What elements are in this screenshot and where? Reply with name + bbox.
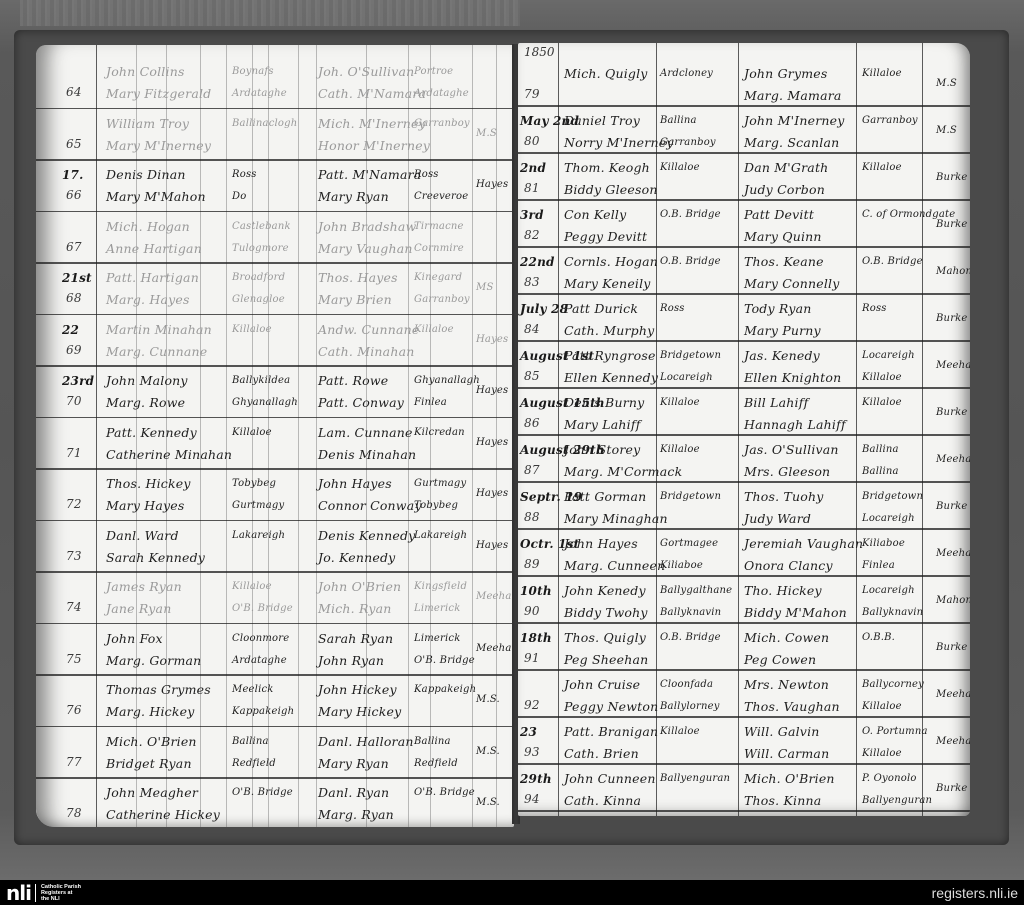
entry-number: 77 bbox=[66, 751, 82, 773]
residence: Killaloe bbox=[660, 157, 700, 179]
entry-date: 18th bbox=[520, 627, 552, 649]
register-entry: 10th90John KenedyBiddy TwohyBallygalthan… bbox=[518, 578, 970, 625]
groom-name: Denis Burny bbox=[564, 392, 644, 414]
groom-name: James Ryan bbox=[106, 576, 182, 598]
priest-name: Meehan bbox=[936, 449, 970, 471]
witness-residence: Killaloe bbox=[862, 743, 902, 765]
groom-name: William Troy bbox=[106, 113, 189, 135]
witness-residence: Garranboy bbox=[414, 289, 470, 311]
left-page: 64John CollinsMary FitzgeraldBoynafsArda… bbox=[36, 45, 514, 827]
witness-name: Cath. Minahan bbox=[318, 341, 415, 363]
bride-name: Mary Lahiff bbox=[564, 414, 641, 436]
entry-number: 87 bbox=[524, 459, 540, 481]
witness-name: Mary Hickey bbox=[318, 701, 401, 723]
entry-divider bbox=[518, 575, 970, 577]
entry-divider bbox=[518, 716, 970, 718]
bride-name: Marg. Hayes bbox=[106, 289, 190, 311]
residence: Bridgetown bbox=[660, 345, 721, 367]
groom-name: Thos. Hickey bbox=[106, 473, 191, 495]
bride-name: Mary Hayes bbox=[106, 495, 185, 517]
witness-residence: O.B. Bridge bbox=[862, 251, 923, 273]
entry-date: 21st bbox=[62, 267, 92, 289]
witness-name: Mrs. Gleeson bbox=[744, 461, 830, 483]
witness-residence: Ballina bbox=[414, 731, 451, 753]
witness-name: Thos. Tuohy bbox=[744, 486, 824, 508]
witness-name: Mary Connelly bbox=[744, 273, 840, 295]
entry-number: 68 bbox=[66, 287, 82, 309]
entry-number: 67 bbox=[66, 236, 82, 258]
witness-residence: Limerick bbox=[414, 598, 460, 620]
witness-name: Mary Ryan bbox=[318, 186, 389, 208]
witness-name: John O'Brien bbox=[318, 576, 401, 598]
bride-name: Jane Ryan bbox=[106, 598, 171, 620]
residence: Ballyenguran bbox=[660, 768, 730, 790]
entry-number: 90 bbox=[524, 600, 540, 622]
register-entry: 3rd82Con KellyPeggy DevittO.B. BridgePat… bbox=[518, 202, 970, 249]
entry-number: 73 bbox=[66, 545, 82, 567]
witness-name: Jas. Kenedy bbox=[744, 345, 820, 367]
priest-name: Hayes bbox=[476, 483, 508, 505]
desk-background bbox=[20, 0, 520, 26]
groom-name: Thos. Quigly bbox=[564, 627, 646, 649]
witness-name: Marg. Mamara bbox=[744, 85, 842, 107]
bride-name: Sarah Kennedy bbox=[106, 547, 205, 569]
witness-name: John Hayes bbox=[318, 473, 392, 495]
register-entry: July 2884Patt DurickCath. MurphyRossTody… bbox=[518, 296, 970, 343]
entry-number: 84 bbox=[524, 318, 540, 340]
entry-number: 76 bbox=[66, 699, 82, 721]
witness-name: John Hickey bbox=[318, 679, 397, 701]
witness-name: Patt. M'Namara bbox=[318, 164, 421, 186]
register-entry: 71Patt. KennedyCatherine MinahanKillaloe… bbox=[36, 420, 514, 472]
residence: Castlebank bbox=[232, 216, 291, 238]
entry-number: 74 bbox=[66, 596, 82, 618]
witness-residence: O.B.B. bbox=[862, 627, 895, 649]
witness-name: Tho. Hickey bbox=[744, 580, 822, 602]
bride-name: Marg. Cunneen bbox=[564, 555, 665, 577]
bride-name: Marg. Gorman bbox=[106, 650, 201, 672]
groom-name: Thomas Grymes bbox=[106, 679, 211, 701]
residence: Ballina bbox=[232, 731, 269, 753]
register-entry: 75John FoxMarg. GormanCloonmoreArdataghe… bbox=[36, 626, 514, 678]
priest-name: Burke bbox=[936, 637, 968, 659]
bride-name: Catherine Minahan bbox=[106, 444, 232, 466]
bride-name: Mary Fitzgerald bbox=[106, 83, 211, 105]
register-entry: 17.66Denis DinanMary M'MahonRossDoPatt. … bbox=[36, 162, 514, 214]
witness-residence: Garranboy bbox=[862, 110, 918, 132]
residence: Ross bbox=[232, 164, 257, 186]
witness-residence: Kilcredan bbox=[414, 422, 465, 444]
witness-name: Mich. O'Brien bbox=[744, 768, 835, 790]
witness-name: Marg. Ryan bbox=[318, 804, 394, 826]
entry-divider bbox=[518, 528, 970, 530]
entry-divider bbox=[36, 417, 514, 419]
witness-residence: Lakareigh bbox=[414, 525, 467, 547]
register-entry: May 2nd80Daniel TroyNorry M'InerneyBalli… bbox=[518, 108, 970, 155]
witness-name: Connor Conway bbox=[318, 495, 422, 517]
groom-name: John Collins bbox=[106, 61, 185, 83]
nli-logo-mark: nli bbox=[6, 883, 31, 903]
residence: O.B. Bridge bbox=[660, 251, 721, 273]
register-entry: 76Thomas GrymesMarg. HickeyMeelickKappak… bbox=[36, 677, 514, 729]
witness-residence: Ballyenguran bbox=[862, 790, 932, 812]
witness-residence: Locareigh bbox=[862, 345, 915, 367]
witness-name: Thos. Hayes bbox=[318, 267, 398, 289]
register-entry: August 15th86Denis BurnyMary LahiffKilla… bbox=[518, 390, 970, 437]
residence: Ghyanallagh bbox=[232, 392, 298, 414]
priest-name: Hayes bbox=[476, 432, 508, 454]
entry-divider bbox=[518, 669, 970, 671]
register-entry: 23rd70John MalonyMarg. RoweBallykildeaGh… bbox=[36, 368, 514, 420]
priest-name: Burke bbox=[936, 778, 968, 800]
entry-number: 85 bbox=[524, 365, 540, 387]
residence: Bridgetown bbox=[660, 486, 721, 508]
entry-divider bbox=[36, 365, 514, 367]
bride-name: Biddy Gleeson bbox=[564, 179, 658, 201]
witness-name: Honor M'Inerney bbox=[318, 135, 430, 157]
nli-logo[interactable]: nli Catholic Parish Registers at the NLI bbox=[6, 883, 81, 903]
witness-name: Mich. Cowen bbox=[744, 627, 829, 649]
footer-bar: nli Catholic Parish Registers at the NLI… bbox=[0, 880, 1024, 905]
bride-name: Mary Keneily bbox=[564, 273, 651, 295]
witness-residence: Ardataghe bbox=[414, 83, 469, 105]
residence: Gortmagee bbox=[660, 533, 718, 555]
witness-residence: Tirmacne bbox=[414, 216, 464, 238]
groom-name: Patt. Branigan bbox=[564, 721, 658, 743]
priest-name: Burke bbox=[936, 402, 968, 424]
register-entry: 67Mich. HoganAnne HartiganCastlebankTulo… bbox=[36, 214, 514, 266]
residence: Ballylorney bbox=[660, 696, 720, 718]
bride-name: Biddy Twohy bbox=[564, 602, 648, 624]
entry-divider bbox=[518, 387, 970, 389]
witness-name: Patt Devitt bbox=[744, 204, 814, 226]
priest-name: Meehan bbox=[476, 586, 514, 608]
residence: Killaloe bbox=[660, 392, 700, 414]
groom-name: Mich. O'Brien bbox=[106, 731, 197, 753]
witness-name: Will. Galvin bbox=[744, 721, 820, 743]
entry-date: 22 bbox=[62, 319, 79, 341]
residence: Ballinaclogh bbox=[232, 113, 297, 135]
groom-name: Danl. Ward bbox=[106, 525, 179, 547]
priest-name: Mahon bbox=[936, 261, 970, 283]
entry-date: 2nd bbox=[520, 157, 546, 179]
entry-number: 86 bbox=[524, 412, 540, 434]
entry-divider bbox=[518, 622, 970, 624]
witness-name: Thos. Keane bbox=[744, 251, 824, 273]
register-entry: 22nd83Cornls. HoganMary KeneilyO.B. Brid… bbox=[518, 249, 970, 296]
entry-number: 78 bbox=[66, 802, 82, 824]
witness-name: Danl. Ryan bbox=[318, 782, 389, 804]
entry-divider bbox=[36, 468, 514, 470]
groom-name: John Fox bbox=[106, 628, 163, 650]
entry-number: 66 bbox=[66, 184, 82, 206]
witness-residence: Locareigh bbox=[862, 508, 915, 530]
entry-divider bbox=[518, 293, 970, 295]
witness-name: Tody Ryan bbox=[744, 298, 812, 320]
bride-name: Ellen Kennedy bbox=[564, 367, 658, 389]
priest-name: Burke bbox=[936, 496, 968, 518]
residence: Do bbox=[232, 186, 246, 208]
register-entry: 74James RyanJane RyanKillaloeO'B. Bridge… bbox=[36, 574, 514, 626]
witness-residence: Kingsfield bbox=[414, 576, 467, 598]
witness-name: Danl. Halloran bbox=[318, 731, 414, 753]
witness-name: Mrs. Newton bbox=[744, 674, 829, 696]
witness-residence: Ghyanallagh bbox=[414, 370, 480, 392]
entry-date: 29th bbox=[520, 768, 552, 790]
bride-name: Anne Hartigan bbox=[106, 238, 202, 260]
residence: Meelick bbox=[232, 679, 274, 701]
witness-residence: Creeveroe bbox=[414, 186, 468, 208]
site-link[interactable]: registers.nli.ie bbox=[932, 885, 1018, 901]
residence: Ballygalthane bbox=[660, 580, 732, 602]
residence: O'B. Bridge bbox=[232, 598, 293, 620]
witness-residence: Portroe bbox=[414, 61, 453, 83]
register-entry: 65William TroyMary M'InerneyBallinaclogh… bbox=[36, 111, 514, 163]
entry-number: 82 bbox=[524, 224, 540, 246]
residence: Killaloe bbox=[232, 576, 272, 598]
witness-residence: Ross bbox=[862, 298, 887, 320]
residence: O.B. Bridge bbox=[660, 204, 721, 226]
priest-name: Meehan bbox=[936, 731, 970, 753]
entry-date: 3rd bbox=[520, 204, 544, 226]
witness-name: Thos. Vaughan bbox=[744, 696, 840, 718]
witness-name: Mary Brien bbox=[318, 289, 392, 311]
witness-residence: Cornmire bbox=[414, 238, 464, 260]
priest-name: Hayes bbox=[476, 174, 508, 196]
residence: Garranboy bbox=[660, 132, 716, 154]
entry-divider bbox=[518, 105, 970, 107]
groom-name: John Storey bbox=[564, 439, 640, 461]
entry-number: 64 bbox=[66, 81, 82, 103]
entry-number: 88 bbox=[524, 506, 540, 528]
witness-name: Judy Corbon bbox=[744, 179, 825, 201]
witness-residence: O'B. Bridge bbox=[414, 650, 475, 672]
witness-residence: Killaloe bbox=[862, 157, 902, 179]
right-page: 1850 79Mich. QuiglyArdcloneyJohn GrymesM… bbox=[518, 43, 970, 816]
witness-name: Patt. Conway bbox=[318, 392, 404, 414]
witness-residence: Gurtmagy bbox=[414, 473, 466, 495]
priest-name: Burke bbox=[936, 167, 968, 189]
entry-number: 75 bbox=[66, 648, 82, 670]
residence: Killaloe bbox=[660, 439, 700, 461]
groom-name: Thom. Keogh bbox=[564, 157, 650, 179]
bride-name: Cath. Murphy bbox=[564, 320, 654, 342]
witness-name: Judy Ward bbox=[744, 508, 811, 530]
entry-number: 94 bbox=[524, 788, 540, 810]
entry-number: 71 bbox=[66, 442, 82, 464]
witness-residence: Killaloe bbox=[414, 319, 454, 341]
register-entry: 18th91Thos. QuiglyPeg SheehanO.B. Bridge… bbox=[518, 625, 970, 672]
witness-name: Mary Quinn bbox=[744, 226, 822, 248]
groom-name: John Malony bbox=[106, 370, 188, 392]
entry-divider bbox=[36, 623, 514, 625]
entry-number: 89 bbox=[524, 553, 540, 575]
priest-name: M.S bbox=[936, 73, 957, 95]
logo-text: Catholic Parish Registers at the NLI bbox=[41, 884, 81, 903]
residence: Killaloe bbox=[232, 319, 272, 341]
entry-divider bbox=[36, 520, 514, 522]
groom-name: John Kenedy bbox=[564, 580, 646, 602]
witness-name: Mary Vaughan bbox=[318, 238, 413, 260]
bride-name: Marg. Rowe bbox=[106, 392, 185, 414]
witness-name: Patt. Rowe bbox=[318, 370, 388, 392]
witness-name: John M'Inerney bbox=[744, 110, 845, 132]
groom-name: Cornls. Hogan bbox=[564, 251, 658, 273]
entry-divider bbox=[36, 674, 514, 676]
witness-name: Sarah Ryan bbox=[318, 628, 393, 650]
entry-date: 22nd bbox=[520, 251, 555, 273]
witness-residence: O'B. Bridge bbox=[414, 782, 475, 804]
witness-residence: Finlea bbox=[862, 555, 895, 577]
witness-name: Mary Purny bbox=[744, 320, 821, 342]
priest-name: M.S. bbox=[476, 741, 500, 763]
scan-viewer: 64John CollinsMary FitzgeraldBoynafsArda… bbox=[0, 0, 1024, 880]
register-entry: Septr. 1988Patt GormanMary MinaghanBridg… bbox=[518, 484, 970, 531]
witness-residence: Limerick bbox=[414, 628, 460, 650]
witness-name: John Bradshaw bbox=[318, 216, 416, 238]
witness-name: Cath. M'Namara bbox=[318, 83, 426, 105]
witness-name: Mich. Ryan bbox=[318, 598, 392, 620]
entry-number: 83 bbox=[524, 271, 540, 293]
priest-name: M.S bbox=[476, 123, 497, 145]
witness-name: John Ryan bbox=[318, 650, 384, 672]
register-entry: 64John CollinsMary FitzgeraldBoynafsArda… bbox=[36, 59, 514, 111]
priest-name: M.S. bbox=[476, 792, 500, 814]
witness-name: Dan M'Grath bbox=[744, 157, 828, 179]
entry-divider bbox=[518, 152, 970, 154]
witness-residence: Killaloe bbox=[862, 367, 902, 389]
priest-name: M.S. bbox=[476, 689, 500, 711]
witness-name: Bill Lahiff bbox=[744, 392, 808, 414]
residence: Killaloe bbox=[660, 721, 700, 743]
witness-residence: Bridgetown bbox=[862, 486, 923, 508]
priest-name: Burke bbox=[936, 308, 968, 330]
witness-residence: O. Portumna bbox=[862, 721, 928, 743]
bride-name: Marg. Hickey bbox=[106, 701, 195, 723]
residence: Cloonmore bbox=[232, 628, 289, 650]
entry-divider bbox=[36, 777, 514, 779]
witness-name: Lam. Cunnane bbox=[318, 422, 413, 444]
residence: Gurtmagy bbox=[232, 495, 284, 517]
bride-name: Peg Sheehan bbox=[564, 649, 648, 671]
residence: Ballina bbox=[660, 110, 697, 132]
witness-name: Jas. O'Sullivan bbox=[744, 439, 839, 461]
register-entry: 29th94John CunneenCath. KinnaBallyengura… bbox=[518, 766, 970, 813]
entry-divider bbox=[36, 726, 514, 728]
witness-residence: Ballycorney bbox=[862, 674, 924, 696]
bride-name: Mary M'Mahon bbox=[106, 186, 206, 208]
witness-name: Jeremiah Vaughan bbox=[744, 533, 863, 555]
residence: Tobybeg bbox=[232, 473, 276, 495]
bride-name: Peggy Newton bbox=[564, 696, 658, 718]
residence: Ross bbox=[660, 298, 685, 320]
witness-name: Denis Minahan bbox=[318, 444, 416, 466]
bride-name: Mary M'Inerney bbox=[106, 135, 211, 157]
residence: Tulogmore bbox=[232, 238, 289, 260]
witness-name: Marg. Scanlan bbox=[744, 132, 839, 154]
groom-name: John Cruise bbox=[564, 674, 640, 696]
entry-divider bbox=[36, 159, 514, 161]
entry-divider bbox=[518, 434, 970, 436]
residence: Kappakeigh bbox=[232, 701, 294, 723]
priest-name: Burke bbox=[936, 214, 968, 236]
entry-number: 92 bbox=[524, 694, 540, 716]
residence: Kiliaboe bbox=[660, 555, 703, 577]
priest-name: Hayes bbox=[476, 380, 508, 402]
residence: Lakareigh bbox=[232, 525, 285, 547]
witness-name: Peg Cowen bbox=[744, 649, 816, 671]
groom-name: John Hayes bbox=[564, 533, 638, 555]
witness-residence: Ballina bbox=[862, 439, 899, 461]
residence: Boynafs bbox=[232, 61, 274, 83]
groom-name: Patt Ryngrose bbox=[564, 345, 656, 367]
witness-name: Andw. Cunnane bbox=[318, 319, 419, 341]
groom-name: Denis Dinan bbox=[106, 164, 186, 186]
witness-name: Hannagh Lahiff bbox=[744, 414, 846, 436]
residence: Ardataghe bbox=[232, 650, 287, 672]
entry-date: 17. bbox=[62, 164, 83, 186]
entry-number: 72 bbox=[66, 493, 82, 515]
entry-divider bbox=[36, 314, 514, 316]
groom-name: Patt Durick bbox=[564, 298, 638, 320]
residence: Cloonfada bbox=[660, 674, 713, 696]
register-entry: 72Thos. HickeyMary HayesTobybegGurtmagyJ… bbox=[36, 471, 514, 523]
entry-number: 81 bbox=[524, 177, 540, 199]
groom-name: Patt Gorman bbox=[564, 486, 646, 508]
priest-name: MS bbox=[476, 277, 494, 299]
bride-name: Marg. M'Cormack bbox=[564, 461, 682, 483]
witness-name: Denis Kennedy bbox=[318, 525, 415, 547]
entry-divider bbox=[518, 199, 970, 201]
entry-divider bbox=[36, 211, 514, 213]
witness-name: Mary Ryan bbox=[318, 753, 389, 775]
residence: Ballyknavin bbox=[660, 602, 721, 624]
register-entry: 73Danl. WardSarah KennedyLakareighDenis … bbox=[36, 523, 514, 575]
register-entry: 79Mich. QuiglyArdcloneyJohn GrymesMarg. … bbox=[518, 61, 970, 108]
entry-number: 65 bbox=[66, 133, 82, 155]
entry-divider bbox=[518, 340, 970, 342]
groom-name: Con Kelly bbox=[564, 204, 626, 226]
entry-number: 93 bbox=[524, 741, 540, 763]
entry-divider bbox=[36, 108, 514, 110]
register-entry: August 29th87John StoreyMarg. M'CormackK… bbox=[518, 437, 970, 484]
witness-residence: Finlea bbox=[414, 392, 447, 414]
priest-name: Hayes bbox=[476, 329, 508, 351]
entry-number: 79 bbox=[524, 83, 540, 105]
witness-residence: Ross bbox=[414, 164, 439, 186]
witness-name: Joh. O'Sullivan bbox=[318, 61, 414, 83]
witness-name: Ellen Knighton bbox=[744, 367, 841, 389]
residence: Ballykildea bbox=[232, 370, 290, 392]
register-entry: 77Mich. O'BrienBridget RyanBallinaRedfie… bbox=[36, 729, 514, 781]
groom-name: Mich. Hogan bbox=[106, 216, 190, 238]
logo-divider bbox=[35, 884, 36, 902]
register-entry: 2nd81Thom. KeoghBiddy GleesonKillaloeDan… bbox=[518, 155, 970, 202]
witness-residence: Garranboy bbox=[414, 113, 470, 135]
groom-name: John Meagher bbox=[106, 782, 198, 804]
entry-number: 80 bbox=[524, 130, 540, 152]
groom-name: Patt. Hartigan bbox=[106, 267, 199, 289]
witness-residence: Killaloe bbox=[862, 392, 902, 414]
witness-residence: Redfield bbox=[414, 753, 458, 775]
register-entry: 21st68Patt. HartiganMarg. HayesBroadford… bbox=[36, 265, 514, 317]
witness-residence: Killaloe bbox=[862, 63, 902, 85]
residence: Ardcloney bbox=[660, 63, 713, 85]
witness-name: Will. Carman bbox=[744, 743, 829, 765]
bride-name: Peggy Devitt bbox=[564, 226, 647, 248]
register-entry: 2269Martin MinahanMarg. CunnaneKillaloeA… bbox=[36, 317, 514, 369]
witness-residence: Ballyknavin bbox=[862, 602, 923, 624]
